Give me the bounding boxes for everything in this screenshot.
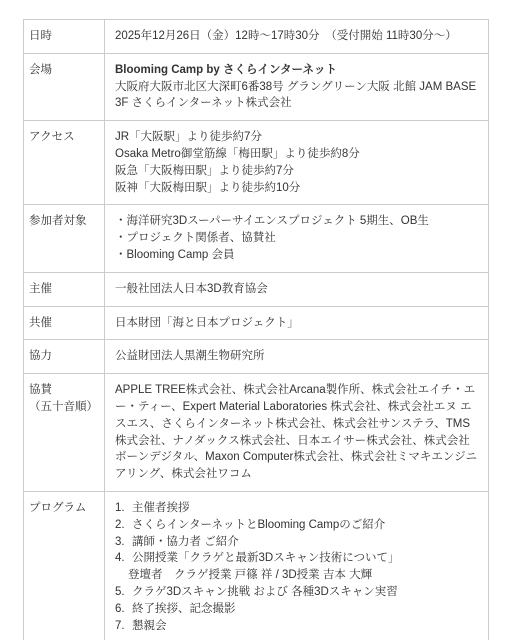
content-line: 日本財団「海と日本プロジェクト」 <box>115 315 479 332</box>
row-content: 公益財団法人黒潮生物研究所 <box>105 340 489 374</box>
program-item: 3.講師・協力者 ご紹介 <box>115 534 479 551</box>
program-item-text: 懇親会 <box>132 618 167 635</box>
program-item-number: 6. <box>115 601 132 618</box>
content-line: Blooming Camp by さくらインターネット <box>115 62 479 79</box>
table-row: 日時2025年12月26日（金）12時～17時30分 （受付開始 11時30分～… <box>24 20 489 54</box>
program-item-number: 2. <box>115 517 132 534</box>
program-item-number: 1. <box>115 500 132 517</box>
row-label-line: 共催 <box>29 315 101 332</box>
content-line: ・プロジェクト関係者、協賛社 <box>115 230 479 247</box>
row-label: 主催 <box>24 272 105 306</box>
row-label-line: 日時 <box>29 28 101 45</box>
program-item: 2.さくらインターネットとBlooming Campのご紹介 <box>115 517 479 534</box>
table-row: 参加者対象・海洋研究3Dスーパーサイエンスプロジェクト 5期生、OB生・プロジェ… <box>24 205 489 272</box>
program-item: 6.終了挨拶、記念撮影 <box>115 601 479 618</box>
row-label-line: 参加者対象 <box>29 213 101 230</box>
row-label: アクセス <box>24 121 105 205</box>
content-line: 登壇者 クラゲ授業 戸篠 祥 / 3D授業 吉本 大輝 <box>115 567 479 584</box>
content-line: ・海洋研究3Dスーパーサイエンスプロジェクト 5期生、OB生 <box>115 213 479 230</box>
content-line: JR「大阪駅」より徒歩約7分 <box>115 129 479 146</box>
row-content: APPLE TREE株式会社、株式会社Arcana製作所、株式会社エイチ・エー・… <box>105 374 489 492</box>
row-label: 日時 <box>24 20 105 54</box>
row-content: 1.主催者挨拶2.さくらインターネットとBlooming Campのご紹介3.講… <box>105 491 489 640</box>
row-label: 共催 <box>24 306 105 340</box>
row-label: 参加者対象 <box>24 205 105 272</box>
row-label-line: 協賛 <box>29 382 101 399</box>
content-line: 公益財団法人黒潮生物研究所 <box>115 348 479 365</box>
program-item-text: さくらインターネットとBlooming Campのご紹介 <box>132 517 385 534</box>
row-content: Blooming Camp by さくらインターネット大阪府大阪市北区大深町6番… <box>105 53 489 120</box>
row-label-line: 主催 <box>29 281 101 298</box>
table-body: 日時2025年12月26日（金）12時～17時30分 （受付開始 11時30分～… <box>24 20 489 640</box>
content-line: APPLE TREE株式会社、株式会社Arcana製作所、株式会社エイチ・エー・… <box>115 382 479 483</box>
row-content: 一般社団法人日本3D教育協会 <box>105 272 489 306</box>
program-item-text: クラゲ3Dスキャン挑戦 および 各種3Dスキャン実習 <box>132 584 398 601</box>
table-row: プログラム1.主催者挨拶2.さくらインターネットとBlooming Campのご… <box>24 491 489 640</box>
content-line: 2025年12月26日（金）12時～17時30分 （受付開始 11時30分～） <box>115 28 479 45</box>
table-row: 協賛（五十音順）APPLE TREE株式会社、株式会社Arcana製作所、株式会… <box>24 374 489 492</box>
content-line: 阪神「大阪梅田駅」より徒歩約10分 <box>115 180 479 197</box>
row-content: JR「大阪駅」より徒歩約7分Osaka Metro御堂筋線「梅田駅」より徒歩約8… <box>105 121 489 205</box>
row-label: 協力 <box>24 340 105 374</box>
content-line: Osaka Metro御堂筋線「梅田駅」より徒歩約8分 <box>115 146 479 163</box>
program-item-number: 7. <box>115 618 132 635</box>
table-row: 主催一般社団法人日本3D教育協会 <box>24 272 489 306</box>
program-item-text: 主催者挨拶 <box>132 500 190 517</box>
row-label-line: （五十音順） <box>29 399 101 416</box>
content-line: 一般社団法人日本3D教育協会 <box>115 281 479 298</box>
program-item: 4.公開授業「クラゲと最新3Dスキャン技術について」 <box>115 550 479 567</box>
row-label-line: 協力 <box>29 348 101 365</box>
content-line: 大阪府大阪市北区大深町6番38号 グラングリーン大阪 北館 JAM BASE 3… <box>115 79 479 113</box>
row-content: 日本財団「海と日本プロジェクト」 <box>105 306 489 340</box>
table-row: アクセスJR「大阪駅」より徒歩約7分Osaka Metro御堂筋線「梅田駅」より… <box>24 121 489 205</box>
row-label-line: 会場 <box>29 62 101 79</box>
table-row: 共催日本財団「海と日本プロジェクト」 <box>24 306 489 340</box>
event-info-table: 日時2025年12月26日（金）12時～17時30分 （受付開始 11時30分～… <box>23 19 489 640</box>
program-item-number: 3. <box>115 534 132 551</box>
row-label: 会場 <box>24 53 105 120</box>
content-line: ・Blooming Camp 会員 <box>115 247 479 264</box>
table-row: 協力公益財団法人黒潮生物研究所 <box>24 340 489 374</box>
table-row: 会場Blooming Camp by さくらインターネット大阪府大阪市北区大深町… <box>24 53 489 120</box>
program-item: 7.懇親会 <box>115 618 479 635</box>
row-label-line: プログラム <box>29 500 101 517</box>
program-item-text: 講師・協力者 ご紹介 <box>132 534 239 551</box>
program-item: 5.クラゲ3Dスキャン挑戦 および 各種3Dスキャン実習 <box>115 584 479 601</box>
row-label: 協賛（五十音順） <box>24 374 105 492</box>
program-item-number: 5. <box>115 584 132 601</box>
content-line: 阪急「大阪梅田駅」より徒歩約7分 <box>115 163 479 180</box>
program-item-number: 4. <box>115 550 132 567</box>
program-item: 1.主催者挨拶 <box>115 500 479 517</box>
row-label: プログラム <box>24 491 105 640</box>
row-label-line: アクセス <box>29 129 101 146</box>
program-item-text: 終了挨拶、記念撮影 <box>132 601 236 618</box>
row-content: 2025年12月26日（金）12時～17時30分 （受付開始 11時30分～） <box>105 20 489 54</box>
program-item-text: 公開授業「クラゲと最新3Dスキャン技術について」 <box>132 550 399 567</box>
row-content: ・海洋研究3Dスーパーサイエンスプロジェクト 5期生、OB生・プロジェクト関係者… <box>105 205 489 272</box>
